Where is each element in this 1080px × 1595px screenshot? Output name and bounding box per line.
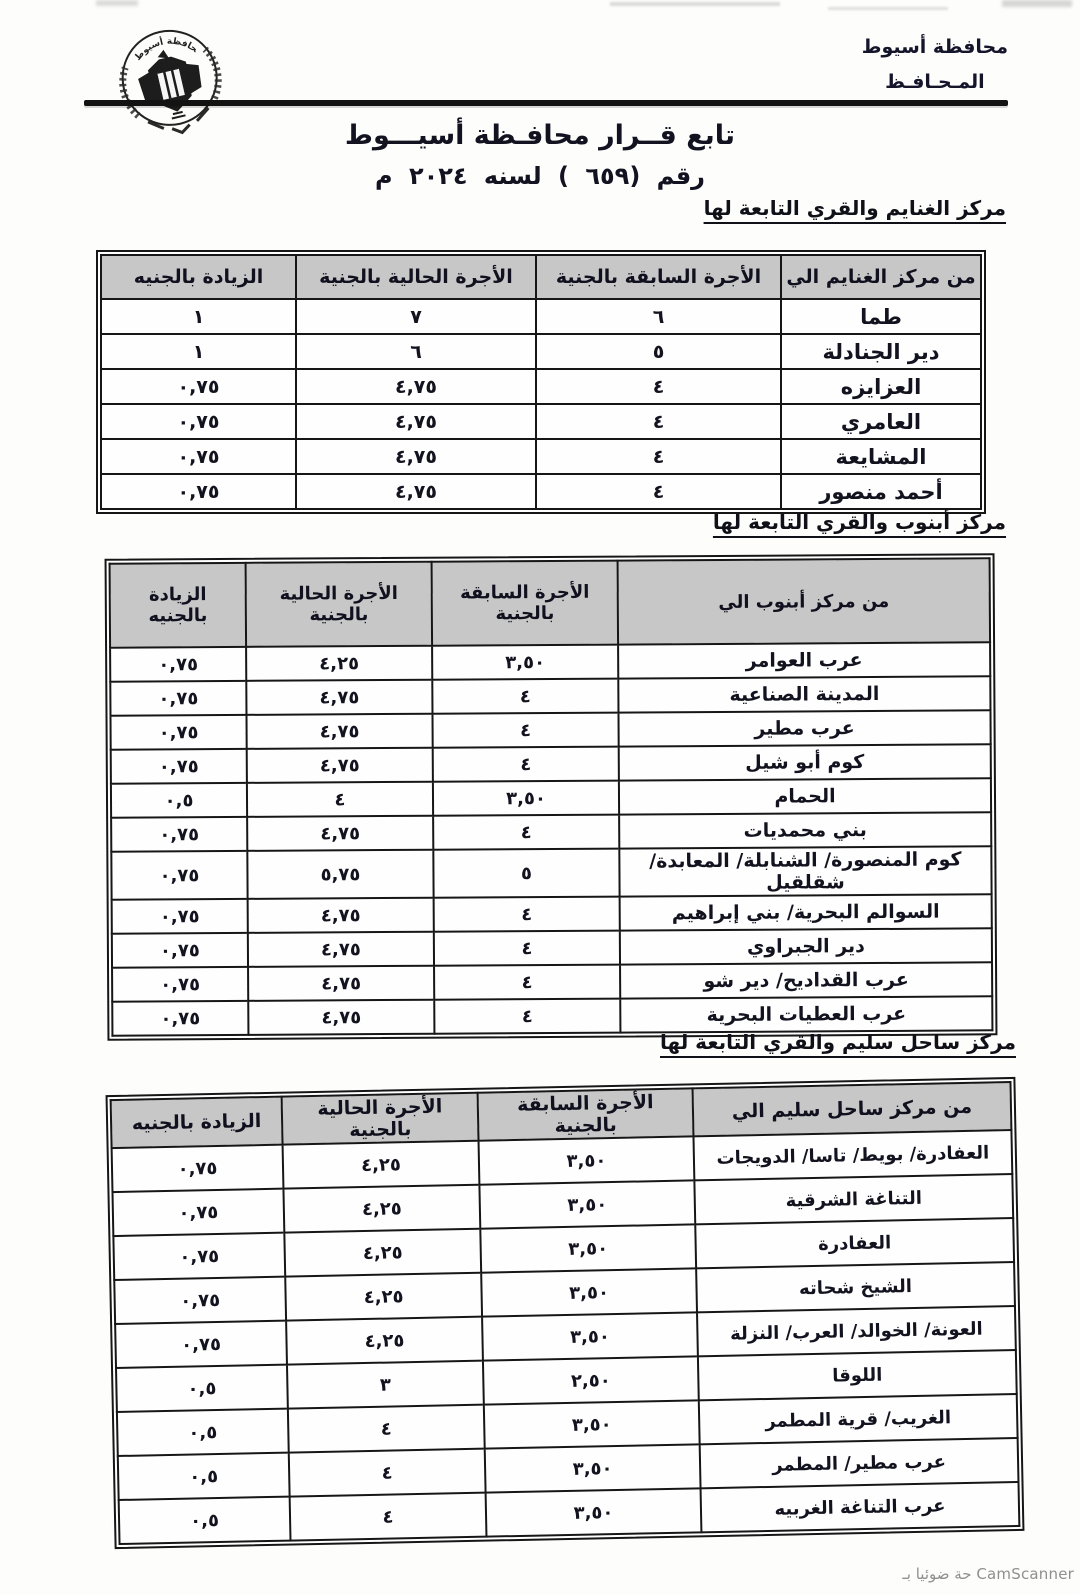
fare-value-cell: ٤,٧٥ <box>247 816 433 851</box>
destination-cell: عرب مطير/ المطمر <box>700 1438 1019 1488</box>
fare-value-cell: ٤,٧٥ <box>296 404 536 439</box>
fare-value-cell: ٣,٥٠ <box>433 781 619 816</box>
destination-cell: المشايعة <box>781 439 981 474</box>
destination-cell: العونة/ الخوالد/ العرب/ النزلة <box>697 1306 1016 1356</box>
table-row: بني محمديات٤٤,٧٥٠,٧٥ <box>111 812 991 851</box>
fare-value-cell: ٥,٧٥ <box>247 850 433 899</box>
fare-value-cell: ٤ <box>432 679 618 714</box>
destination-cell: السوالم البحرية/ بني إبراهيم <box>620 894 992 930</box>
fare-value-cell: ٠,٥ <box>117 1409 289 1456</box>
destination-cell: عرب القداديح/ دير شو <box>620 962 992 998</box>
fare-value-cell: ٤,٧٥ <box>296 369 536 404</box>
table-row: عرب القداديح/ دير شو٤٤,٧٥٠,٧٥ <box>112 962 992 1001</box>
fare-value-cell: ٣,٥٠ <box>479 1136 695 1184</box>
column-header: الأجرة الحالية بالجنية <box>296 255 536 299</box>
fare-table-ghanayem: من مركز الغنايم اليالأجرة السابقة بالجني… <box>100 254 982 510</box>
fare-value-cell: ٠,٧٥ <box>110 647 246 682</box>
org-name: محافظة أسيوط <box>862 30 1008 65</box>
table-row: أحمد منصور٤٤,٧٥٠,٧٥ <box>101 474 981 509</box>
fare-value-cell: ٣,٥٠ <box>479 1180 695 1228</box>
table-row: طما٦٧١ <box>101 299 981 334</box>
fare-value-cell: ٠,٧٥ <box>112 967 248 1002</box>
fare-value-cell: ٠,٥ <box>119 1497 291 1544</box>
destination-cell: الشيخ شحاته <box>696 1262 1015 1312</box>
fare-value-cell: ٤,٧٥ <box>246 680 432 715</box>
fare-value-cell: ٤,٧٥ <box>248 898 434 933</box>
destination-cell: عرب العوامر <box>618 642 990 678</box>
destination-cell: الحمام <box>619 778 991 814</box>
fare-table-frame-abnub: من مركز أبنوب اليالأجرة السابقة بالجنيةا… <box>105 553 998 1040</box>
fare-value-cell: ٠,٧٥ <box>114 1277 286 1324</box>
org-role: المـحـافـظ <box>862 65 1008 100</box>
destination-cell: اللوقا <box>698 1350 1017 1400</box>
destination-cell: العفادرة/ بويط/ تاسا/ الدويجات <box>693 1130 1012 1180</box>
fare-value-cell: ٤ <box>536 404 781 439</box>
fare-table-frame-sahel-selim: من مركز ساحل سليم اليالأجرة السابقة بالج… <box>106 1077 1025 1549</box>
table-row: عرب مطير٤٤,٧٥٠,٧٥ <box>110 710 990 749</box>
fare-value-cell: ٤,٧٥ <box>246 714 432 749</box>
fare-value-cell: ٥ <box>433 849 619 898</box>
table-row: كوم المنصورة/ الشنابلة/ المعابدة/ شقلقيل… <box>111 846 991 899</box>
column-header: الأجرة السابقة بالجنية <box>432 561 619 646</box>
scanned-decree-page: محافظة أسيوط محافظة أسيوط المـحـافـظ تاب… <box>0 0 1080 1595</box>
destination-cell: أحمد منصور <box>781 474 981 509</box>
destination-cell: عرب العطيات البحرية <box>620 996 992 1032</box>
fare-value-cell: ٤,٧٥ <box>248 1000 434 1035</box>
table-row: السوالم البحرية/ بني إبراهيم٤٤,٧٥٠,٧٥ <box>112 894 992 933</box>
column-header: الأجرة الحالية بالجنية <box>282 1093 479 1145</box>
fare-value-cell: ٠,٧٥ <box>111 817 247 852</box>
fare-value-cell: ٤ <box>289 1449 486 1497</box>
table-row: المشايعة٤٤,٧٥٠,٧٥ <box>101 439 981 474</box>
section-heading-ghanayem: مركز الغنايم والقري التابعة لها <box>704 196 1006 220</box>
fare-value-cell: ٠,٧٥ <box>110 681 246 716</box>
fare-value-cell: ٠,٧٥ <box>110 715 246 750</box>
destination-cell: دير الجنادلة <box>781 334 981 369</box>
fare-value-cell: ٠,٥ <box>118 1453 290 1500</box>
fare-value-cell: ٤,٢٥ <box>286 1317 483 1365</box>
fare-value-cell: ٤,٧٥ <box>247 748 433 783</box>
destination-cell: العفادرة <box>695 1218 1014 1268</box>
fare-value-cell: ٢,٥٠ <box>483 1356 699 1404</box>
destination-cell: التناغة الشرقية <box>694 1174 1013 1224</box>
table-row: كوم أبو شيل٤٤,٧٥٠,٧٥ <box>111 744 991 783</box>
column-header: الزيادة بالجنيه <box>101 255 296 299</box>
fare-value-cell: ٠,٧٥ <box>115 1321 287 1368</box>
destination-cell: العامري <box>781 404 981 439</box>
section-heading-abnub: مركز أبنوب والقري التابعة لها <box>713 510 1006 534</box>
fare-value-cell: ٤ <box>433 747 619 782</box>
table-row: المدينة الصناعية٤٤,٧٥٠,٧٥ <box>110 676 990 715</box>
fare-table-sahel-selim: من مركز ساحل سليم اليالأجرة السابقة بالج… <box>110 1081 1021 1545</box>
fare-value-cell: ٣,٥٠ <box>485 1444 701 1492</box>
column-header: الأجرة السابقة بالجنية <box>536 255 781 299</box>
fare-value-cell: ٠,٧٥ <box>112 1001 248 1036</box>
fare-value-cell: ١ <box>101 334 296 369</box>
fare-value-cell: ٠,٧٥ <box>101 369 296 404</box>
fare-value-cell: ١ <box>101 299 296 334</box>
fare-value-cell: ٤ <box>536 474 781 509</box>
table-row: العامري٤٤,٧٥٠,٧٥ <box>101 404 981 439</box>
fare-value-cell: ٣,٥٠ <box>432 645 618 680</box>
column-header: الزيادة بالجنيه <box>110 563 247 648</box>
section-heading-sahel-selim: مركز ساحل سليم والقري التابعة لها <box>660 1030 1016 1054</box>
scan-artifact <box>96 0 138 6</box>
destination-cell: عرب التناغة الغربيه <box>701 1482 1020 1532</box>
header-divider <box>84 100 1008 106</box>
fare-value-cell: ٤,٢٥ <box>283 1185 480 1233</box>
column-header: الأجرة الحالية بالجنية <box>246 562 433 647</box>
decree-title-line2: رقم (٦٥٩ ) لسنه ٢٠٢٤ م <box>0 162 1080 190</box>
fare-value-cell: ٤ <box>433 815 619 850</box>
fare-value-cell: ٠,٧٥ <box>101 404 296 439</box>
destination-cell: عرب مطير <box>618 710 990 746</box>
column-header: من مركز أبنوب الي <box>618 558 991 644</box>
fare-value-cell: ٣,٥٠ <box>482 1312 698 1360</box>
fare-value-cell: ٦ <box>536 299 781 334</box>
fare-value-cell: ٠,٧٥ <box>113 1233 285 1280</box>
fare-value-cell: ٠,٧٥ <box>112 1189 284 1236</box>
fare-value-cell: ٤ <box>434 897 620 932</box>
column-header: من مركز ساحل سليم الي <box>693 1082 1012 1136</box>
fare-value-cell: ٤ <box>247 782 433 817</box>
table-row: الحمام٣,٥٠٤٠,٥ <box>111 778 991 817</box>
fare-value-cell: ٧ <box>296 299 536 334</box>
fare-value-cell: ٤ <box>434 931 620 966</box>
fare-value-cell: ٤,٢٥ <box>284 1229 481 1277</box>
table-row: دير الجنادلة٥٦١ <box>101 334 981 369</box>
fare-value-cell: ٤,٧٥ <box>296 474 536 509</box>
camscanner-watermark: حة ضوئيا بـ CamScanner <box>902 1565 1074 1583</box>
fare-value-cell: ٤,٢٥ <box>246 646 432 681</box>
destination-cell: طما <box>781 299 981 334</box>
destination-cell: كوم أبو شيل <box>619 744 991 780</box>
fare-value-cell: ٤ <box>434 965 620 1000</box>
destination-cell: دير الجبراوي <box>620 928 992 964</box>
fare-value-cell: ٤ <box>434 999 620 1034</box>
destination-cell: الغريب/ قرية المطمر <box>699 1394 1018 1444</box>
column-header: الزيادة بالجنيه <box>111 1097 283 1148</box>
fare-value-cell: ٤ <box>288 1405 485 1453</box>
scan-artifact <box>828 7 948 10</box>
table-header-row: من مركز أبنوب اليالأجرة السابقة بالجنيةا… <box>110 558 990 647</box>
fare-table-frame-ghanayem: من مركز الغنايم اليالأجرة السابقة بالجني… <box>96 250 986 514</box>
destination-cell: العزايزه <box>781 369 981 404</box>
fare-value-cell: ٠,٧٥ <box>112 933 248 968</box>
fare-value-cell: ٠,٧٥ <box>101 439 296 474</box>
fare-value-cell: ٤,٧٥ <box>296 439 536 474</box>
fare-value-cell: ٤,٢٥ <box>285 1273 482 1321</box>
table-row: العزايزه٤٤,٧٥٠,٧٥ <box>101 369 981 404</box>
fare-table-abnub: من مركز أبنوب اليالأجرة السابقة بالجنيةا… <box>109 557 994 1036</box>
scan-artifact <box>610 2 780 6</box>
column-header: من مركز الغنايم الي <box>781 255 981 299</box>
fare-value-cell: ٠,٥ <box>111 783 247 818</box>
fare-value-cell: ٣,٥٠ <box>486 1488 702 1536</box>
fare-value-cell: ٤ <box>536 439 781 474</box>
fare-value-cell: ٤ <box>290 1493 487 1541</box>
table-header-row: من مركز الغنايم اليالأجرة السابقة بالجني… <box>101 255 981 299</box>
fare-value-cell: ٤,٢٥ <box>283 1141 480 1189</box>
fare-value-cell: ٠,٧٥ <box>112 1145 284 1192</box>
column-header: الأجرة السابقة بالجنية <box>478 1088 694 1140</box>
destination-cell: بني محمديات <box>619 812 991 848</box>
fare-value-cell: ٣,٥٠ <box>480 1224 696 1272</box>
decree-title-line1: تابع قــرار محافـظة أسيـــوط <box>0 120 1080 151</box>
fare-value-cell: ٥ <box>536 334 781 369</box>
fare-value-cell: ٤ <box>536 369 781 404</box>
fare-value-cell: ٣ <box>287 1361 484 1409</box>
letterhead: محافظة أسيوط المـحـافـظ <box>862 30 1008 100</box>
fare-value-cell: ٣,٥٠ <box>484 1400 700 1448</box>
fare-value-cell: ٠,٧٥ <box>101 474 296 509</box>
fare-value-cell: ٦ <box>296 334 536 369</box>
fare-value-cell: ٠,٧٥ <box>112 899 248 934</box>
fare-value-cell: ٠,٧٥ <box>111 851 247 900</box>
table-row: عرب العوامر٣,٥٠٤,٢٥٠,٧٥ <box>110 642 990 681</box>
fare-value-cell: ٠,٥ <box>116 1365 288 1412</box>
destination-cell: كوم المنصورة/ الشنابلة/ المعابدة/ شقلقيل <box>619 846 991 896</box>
fare-value-cell: ٠,٧٥ <box>111 749 247 784</box>
fare-value-cell: ٣,٥٠ <box>481 1268 697 1316</box>
scan-artifact <box>1002 0 1072 7</box>
fare-value-cell: ٤,٧٥ <box>248 932 434 967</box>
table-row: دير الجبراوي٤٤,٧٥٠,٧٥ <box>112 928 992 967</box>
destination-cell: المدينة الصناعية <box>618 676 990 712</box>
fare-value-cell: ٤ <box>432 713 618 748</box>
fare-value-cell: ٤,٧٥ <box>248 966 434 1001</box>
